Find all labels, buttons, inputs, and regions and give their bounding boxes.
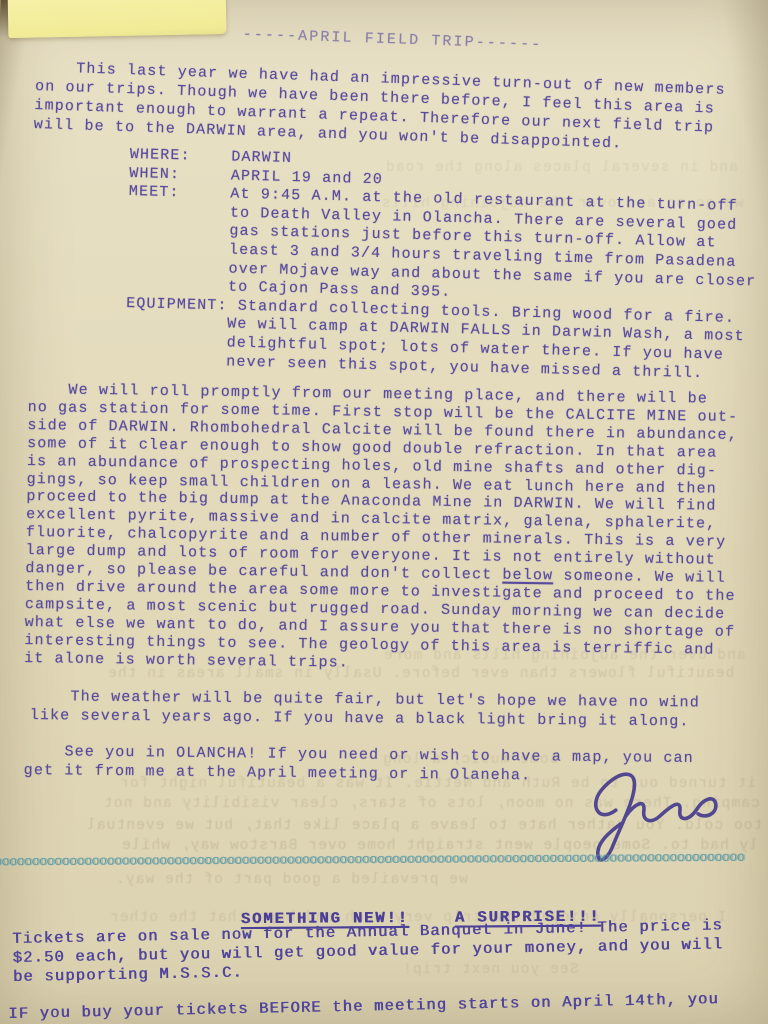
trip-details-block: WHERE: DARWINWHEN: APRIL 19 and 20MEET: …: [125, 146, 760, 384]
tickets-paragraph: Tickets are on sale now for the Annual B…: [12, 916, 724, 986]
scanned-newsletter-page: and in several places along the roadwe g…: [0, 0, 768, 1024]
teal-typed-divider: oooooooooooooooooooooooooooooooooooooooo…: [0, 850, 768, 873]
trip-body-paragraph: We will roll promptly from our meeting p…: [24, 381, 739, 677]
underlined-word: below: [502, 567, 553, 585]
cutoff-last-line: IF you buy your tickets BEFORE the meeti…: [8, 990, 719, 1023]
intro-paragraph: This last year we have had an impressive…: [33, 58, 725, 157]
page-title: -----APRIL FIELD TRIP------: [242, 26, 542, 54]
weather-paragraph: The weather will be quite fair, but let'…: [30, 688, 700, 731]
yellow-sticky-note: [8, 0, 227, 38]
typed-line: we prevailed a good part of the way.: [115, 872, 468, 888]
